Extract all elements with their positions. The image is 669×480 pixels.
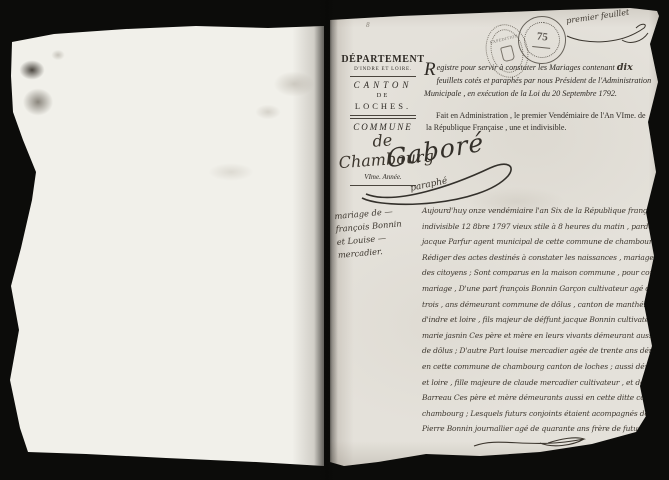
act-line: de dôlus ; D'autre Part louise mercadier…	[422, 343, 661, 359]
divider-rule	[350, 76, 416, 77]
act-line: indivisible 12 8bre 1797 vieux stile à 8…	[422, 219, 661, 235]
department-subtitle: D'INDRE ET LOIRE.	[338, 67, 428, 72]
act-line: des citoyens ; Sont comparus en la maiso…	[422, 265, 661, 281]
canton-name: LOCHES.	[338, 101, 428, 111]
act-line: en cette commune de chambourg canton de …	[422, 359, 661, 375]
register-right-page: 8 DÉPARTEMENT D'INDRE ET LOIRE. CANTON D…	[330, 4, 669, 474]
margin-act-note: mariage de — françois Bonnin et Louise —…	[334, 202, 430, 262]
act-line: Rédiger des actes destinés à constater l…	[422, 250, 661, 266]
folio-mark: 8	[366, 22, 370, 29]
closing-flourish	[470, 434, 590, 452]
divider-rule	[350, 115, 416, 119]
canton-label: CANTON	[338, 80, 428, 90]
act-line: et loire , fille majeure de claude merca…	[422, 375, 661, 391]
act-line: trois , ans démeurant commune de dôlus ,…	[422, 297, 661, 313]
act-line: d'indre et loire , fils majeur de déffun…	[422, 312, 661, 328]
act-body-text: Aujourd'huy onze vendémiaire l'an Six de…	[422, 203, 668, 437]
annotation-flourish	[564, 20, 654, 50]
drop-cap: R	[424, 62, 436, 77]
act-line: Barreau Ces père et mère démeurants auss…	[422, 390, 661, 406]
quantity-handwritten: dix	[617, 62, 633, 73]
act-line: mariage , D'une part françois Bonnin Gar…	[422, 281, 661, 297]
register-notice: Registre pour servir à constater les Mar…	[424, 62, 666, 100]
blank-left-page	[6, 24, 324, 468]
register-scan: 8 DÉPARTEMENT D'INDRE ET LOIRE. CANTON D…	[0, 0, 669, 480]
issuance-line-1: Fait en Administration , le premier Vend…	[426, 110, 662, 122]
act-line: Aujourd'huy onze vendémiaire l'an Six de…	[422, 203, 661, 219]
department-label: DÉPARTEMENT	[338, 54, 428, 65]
act-line: jacque Parfur agent municipal de cette c…	[422, 234, 661, 250]
notice-line-2: feuillets cotés et paraphés par nous Pré…	[424, 75, 666, 88]
notice-line-3: Municipale , en exécution de la Loi du 2…	[424, 88, 666, 101]
act-line: marie jasnin Ces père et mère en leurs v…	[422, 328, 661, 344]
issuance-note: Fait en Administration , le premier Vend…	[426, 110, 662, 133]
act-line: chambourg ; Lesquels futurs conjoints ét…	[422, 406, 661, 422]
canton-de: DE	[338, 92, 428, 99]
